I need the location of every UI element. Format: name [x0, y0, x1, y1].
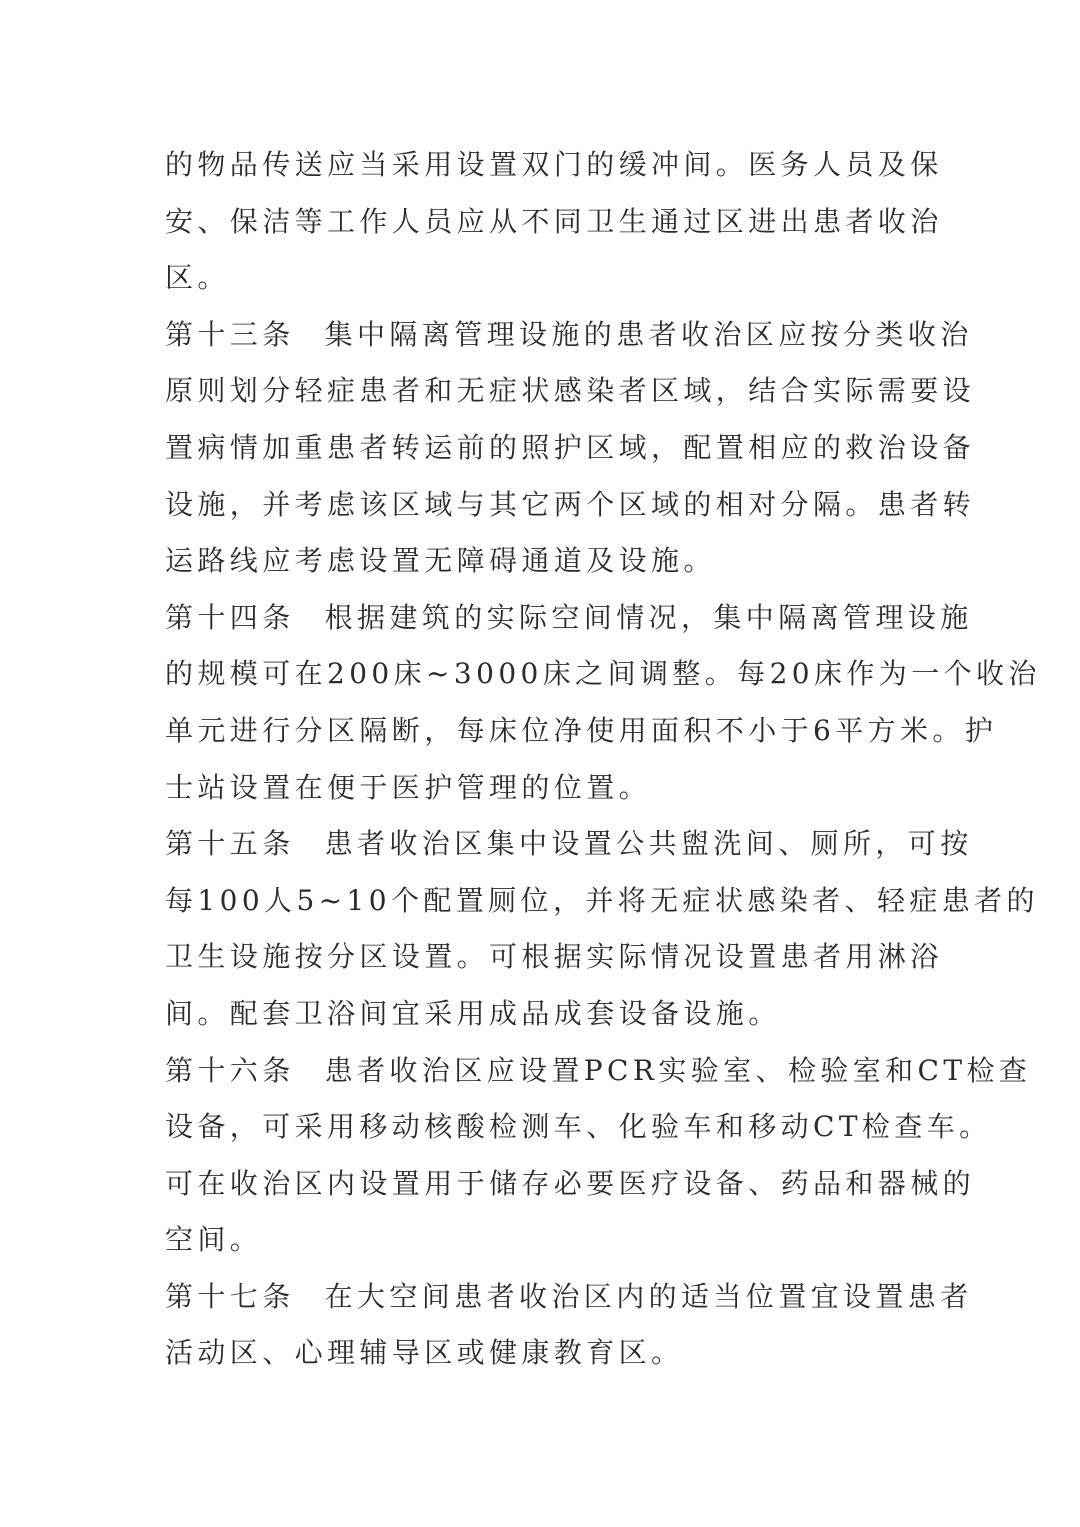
text-line: 原则划分轻症患者和无症状感染者区域，结合实际需要设	[165, 363, 915, 420]
article-first-line: 第十四条根据建筑的实际空间情况，集中隔离管理设施	[165, 590, 915, 647]
article-first-line: 第十五条患者收治区集中设置公共盥洗间、厕所，可按	[165, 816, 915, 873]
text-line: 安、保洁等工作人员应从不同卫生通过区进出患者收治	[165, 194, 915, 251]
article-15: 第十五条患者收治区集中设置公共盥洗间、厕所，可按 每100人5~10个配置厕位，…	[165, 816, 915, 1042]
article-text: 在大空间患者收治区内的适当位置宜设置患者	[325, 1280, 973, 1313]
article-text: 集中隔离管理设施的患者收治区应按分类收治	[325, 318, 973, 351]
article-number: 第十四条	[165, 590, 295, 647]
text-line: 单元进行分区隔断，每床位净使用面积不小于6平方米。护	[165, 703, 915, 760]
text-line: 间。配套卫浴间宜采用成品成套设备设施。	[165, 986, 915, 1043]
article-14: 第十四条根据建筑的实际空间情况，集中隔离管理设施 的规模可在200床~3000床…	[165, 590, 915, 816]
text-line: 的规模可在200床~3000床之间调整。每20床作为一个收治	[165, 646, 915, 703]
article-text: 根据建筑的实际空间情况，集中隔离管理设施	[325, 601, 973, 634]
article-number: 第十五条	[165, 816, 295, 873]
text-line: 的物品传送应当采用设置双门的缓冲间。医务人员及保	[165, 137, 915, 194]
text-line: 每100人5~10个配置厕位，并将无症状感染者、轻症患者的	[165, 873, 915, 930]
article-number: 第十七条	[165, 1269, 295, 1326]
text-line: 运路线应考虑设置无障碍通道及设施。	[165, 533, 915, 590]
article-number: 第十六条	[165, 1043, 295, 1100]
text-line: 空间。	[165, 1212, 915, 1269]
article-text: 患者收治区集中设置公共盥洗间、厕所，可按	[325, 827, 973, 860]
document-body: 的物品传送应当采用设置双门的缓冲间。医务人员及保 安、保洁等工作人员应从不同卫生…	[165, 137, 915, 1382]
continuation-paragraph: 的物品传送应当采用设置双门的缓冲间。医务人员及保 安、保洁等工作人员应从不同卫生…	[165, 137, 915, 307]
article-17: 第十七条在大空间患者收治区内的适当位置宜设置患者 活动区、心理辅导区或健康教育区…	[165, 1269, 915, 1382]
article-13: 第十三条集中隔离管理设施的患者收治区应按分类收治 原则划分轻症患者和无症状感染者…	[165, 307, 915, 590]
text-line: 设备，可采用移动核酸检测车、化验车和移动CT检查车。	[165, 1099, 915, 1156]
text-line: 卫生设施按分区设置。可根据实际情况设置患者用淋浴	[165, 929, 915, 986]
document-page: 的物品传送应当采用设置双门的缓冲间。医务人员及保 安、保洁等工作人员应从不同卫生…	[0, 0, 1080, 1527]
text-line: 区。	[165, 250, 915, 307]
article-first-line: 第十七条在大空间患者收治区内的适当位置宜设置患者	[165, 1269, 915, 1326]
article-number: 第十三条	[165, 307, 295, 364]
text-line: 置病情加重患者转运前的照护区域，配置相应的救治设备	[165, 420, 915, 477]
article-16: 第十六条患者收治区应设置PCR实验室、检验室和CT检查 设备，可采用移动核酸检测…	[165, 1043, 915, 1269]
text-line: 可在收治区内设置用于储存必要医疗设备、药品和器械的	[165, 1156, 915, 1213]
text-line: 活动区、心理辅导区或健康教育区。	[165, 1325, 915, 1382]
text-line: 设施，并考虑该区域与其它两个区域的相对分隔。患者转	[165, 477, 915, 534]
article-first-line: 第十六条患者收治区应设置PCR实验室、检验室和CT检查	[165, 1043, 915, 1100]
text-line: 士站设置在便于医护管理的位置。	[165, 760, 915, 817]
article-text: 患者收治区应设置PCR实验室、检验室和CT检查	[325, 1054, 1032, 1087]
article-first-line: 第十三条集中隔离管理设施的患者收治区应按分类收治	[165, 307, 915, 364]
